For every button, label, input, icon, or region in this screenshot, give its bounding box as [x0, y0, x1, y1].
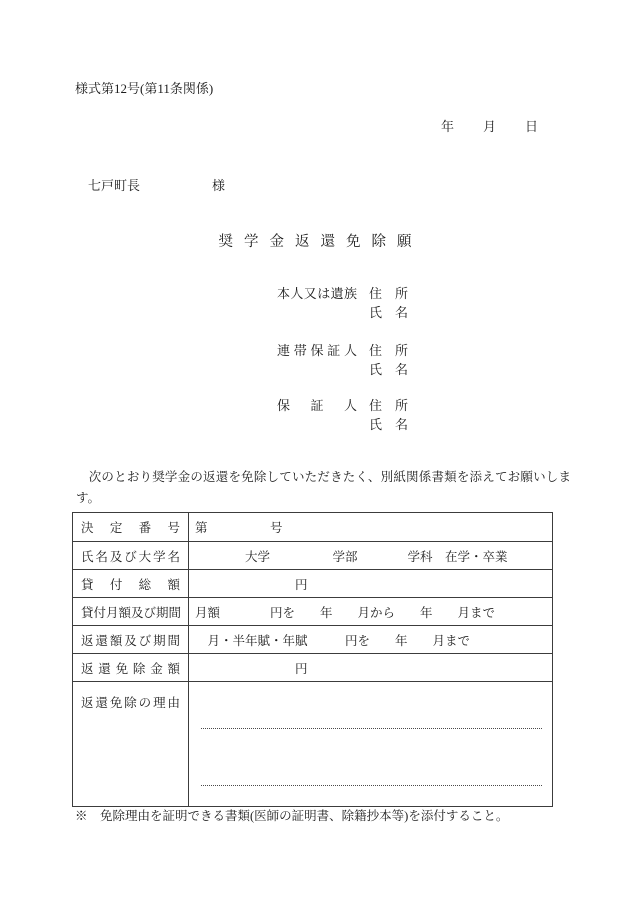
body-paragraph: 次のとおり奨学金の返還を免除していただきたく、別紙関係書類を添えてお願いします。 [76, 467, 571, 508]
table-row-decision-number: 決定番号 第 号 [73, 513, 552, 541]
row-label: 貸付月額及び期間 [81, 603, 181, 621]
signer-field-address: 住 所 [369, 284, 408, 303]
table-row-monthly-loan-period: 貸付月額及び期間 月額 円を 年 月から 年 月まで [73, 597, 552, 625]
signer-field-address: 住 所 [369, 396, 408, 415]
table-row-repayment-period: 返還額及び期間 月・半年賦・年賦 円を 年 月まで [73, 625, 552, 653]
row-value: 第 号 [189, 513, 552, 541]
document-title: 奨学金返還免除願 [0, 230, 630, 251]
table-row-exemption-amount: 返還免除金額 円 [73, 653, 552, 681]
footnote: ※ 免除理由を証明できる書類(医師の証明書、除籍抄本等)を添付すること。 [75, 806, 508, 824]
row-value: 大学 学部 学科 在学・卒業 [189, 542, 552, 569]
application-table: 決定番号 第 号 氏名及び大学名 大学 学部 学科 在学・卒業 貸付総額 円 貸… [72, 512, 553, 807]
row-label: 返還免除の理由 [81, 693, 180, 711]
date-line: 年 月 日 [441, 116, 539, 135]
table-row-exemption-reason: 返還免除の理由 [73, 681, 552, 806]
row-label: 氏名及び大学名 [81, 547, 180, 565]
signer-block-guarantor: 保証人 住 所 氏 名 [277, 396, 408, 434]
form-number: 様式第12号(第11条関係) [75, 78, 213, 97]
addressee-line: 七戸町長様 [88, 175, 225, 194]
signer-field-name: 氏 名 [369, 415, 408, 434]
signer-field-name: 氏 名 [369, 303, 408, 322]
row-value: 円 [189, 570, 552, 597]
signer-field-address: 住 所 [369, 341, 408, 360]
row-value: 円 [189, 654, 552, 681]
table-row-loan-total: 貸付総額 円 [73, 569, 552, 597]
row-label: 決定番号 [81, 518, 180, 536]
row-value: 月・半年賦・年賦 円を 年 月まで [189, 626, 552, 653]
addressee: 七戸町長 [88, 178, 140, 193]
signer-label: 本人又は遺族 [277, 284, 357, 303]
signer-field-name: 氏 名 [369, 360, 408, 379]
row-label: 返還額及び期間 [81, 631, 180, 649]
signer-block-applicant: 本人又は遺族 住 所 氏 名 [277, 284, 408, 322]
dotted-line [201, 759, 542, 786]
signer-block-joint-guarantor: 連帯保証人 住 所 氏 名 [277, 341, 408, 379]
dotted-line [201, 712, 542, 729]
signer-label: 保証人 [277, 396, 357, 415]
honorific: 様 [212, 178, 225, 193]
signer-label: 連帯保証人 [277, 341, 357, 360]
row-label: 貸付総額 [81, 575, 180, 593]
row-value: 月額 円を 年 月から 年 月まで [189, 598, 552, 625]
row-label: 返還免除金額 [81, 659, 180, 677]
table-row-name-university: 氏名及び大学名 大学 学部 学科 在学・卒業 [73, 541, 552, 569]
row-value [189, 682, 552, 806]
